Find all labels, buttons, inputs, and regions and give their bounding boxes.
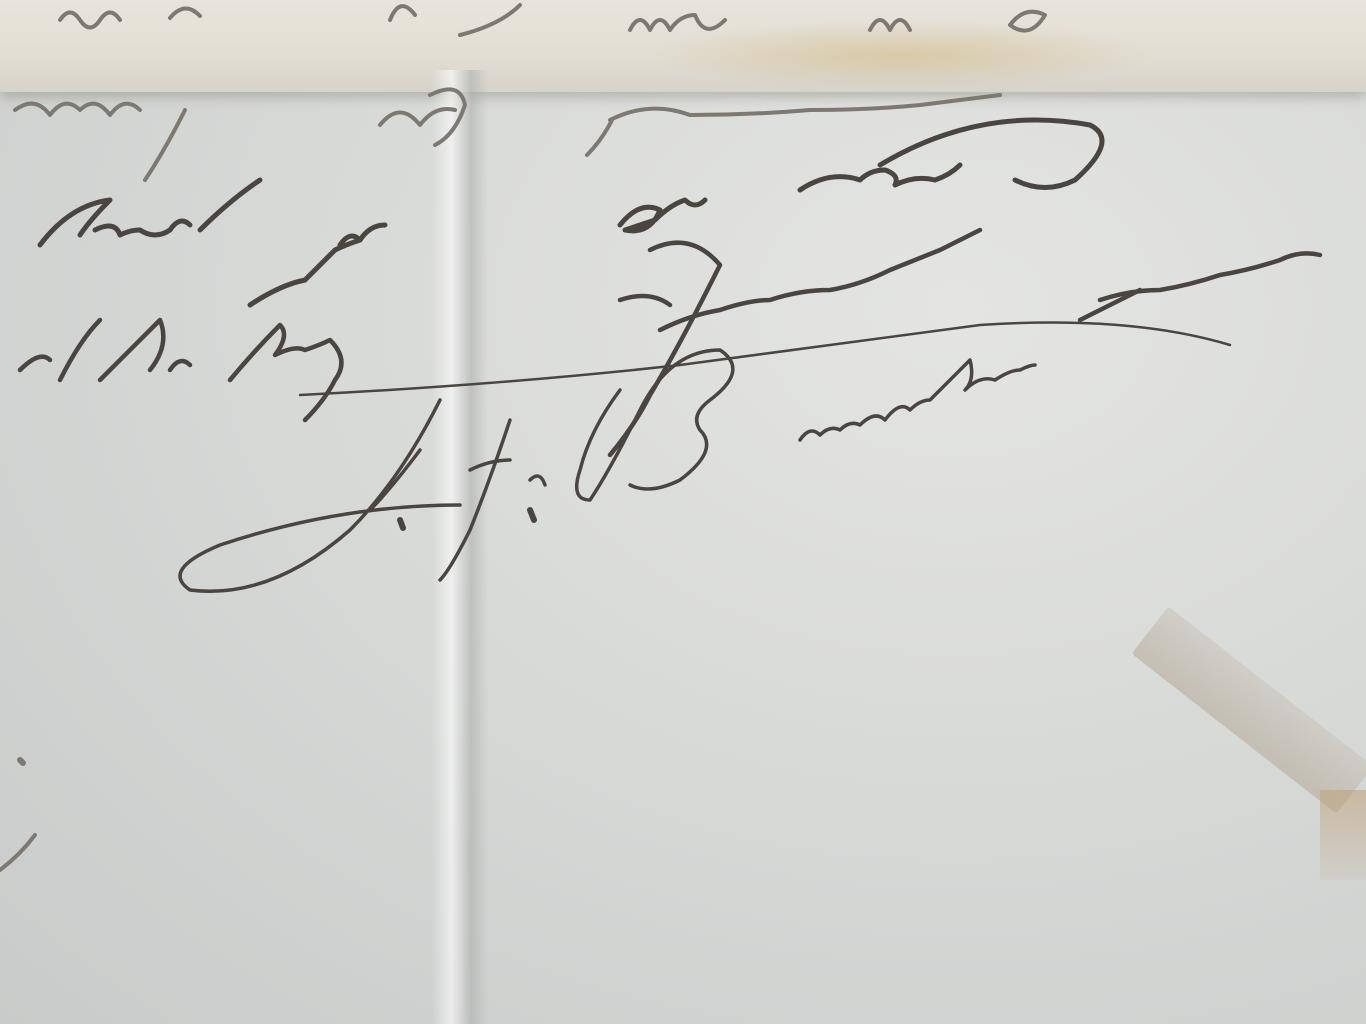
handwriting-strokes xyxy=(0,0,1366,1024)
signature-strokes xyxy=(180,350,1035,591)
letter-photo: ...one ... write in a... ...ling of ~~..… xyxy=(0,0,1366,1024)
ink-line-2 xyxy=(15,89,1000,180)
ink-fragments-left xyxy=(0,760,35,870)
ink-line-1 xyxy=(60,5,1045,35)
ink-line-5 xyxy=(20,320,1230,420)
ink-line-4 xyxy=(610,230,1320,455)
ink-line-3 xyxy=(40,120,1102,305)
